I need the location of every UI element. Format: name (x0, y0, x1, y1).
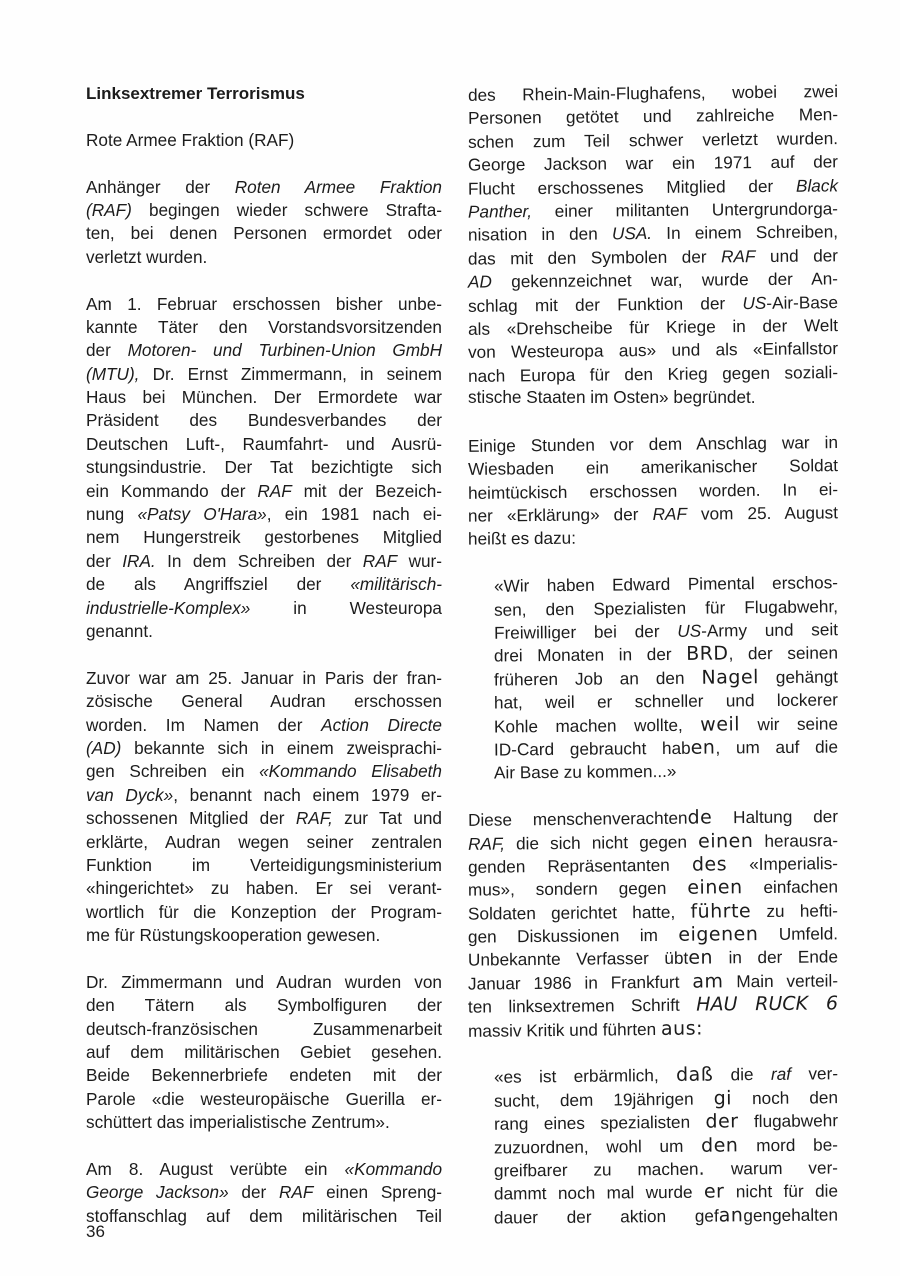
text-line: (MTU), Dr. Ernst Zimmermann, in seinem (86, 363, 442, 386)
italic-term: Action Directe (321, 715, 442, 735)
italic-term: industrielle-Komplex» (86, 598, 250, 618)
collage-letters: weil (700, 713, 740, 735)
text-line: Januar 1986 in Frankfurt am Main verteil… (468, 969, 838, 996)
text-line: dammt noch mal wurde er nicht für die (494, 1180, 838, 1206)
text-line: deutsch-französischen Zusammenarbeit (86, 1018, 442, 1041)
italic-term: RAF, (296, 808, 333, 828)
text-line: «es ist erbärmlich, daß die raf ver- (494, 1063, 838, 1090)
collage-letters: an (719, 1204, 744, 1226)
text-line: genannt. (86, 620, 442, 643)
collage-letters: einen (698, 829, 753, 852)
italic-term: «Patsy O'Hara» (137, 504, 266, 524)
collage-letters: der (705, 1110, 738, 1132)
paragraph: Anhänger der Roten Armee Fraktion(RAF) b… (86, 176, 442, 270)
paragraph: Dr. Zimmermann und Audran wurden vonden … (86, 971, 442, 1135)
italic-term: (MTU), (86, 364, 139, 384)
text-line: George Jackson war ein 1971 auf der (468, 151, 838, 178)
block-quote: «Wir haben Edward Pimental erschos-sen, … (468, 573, 838, 784)
text-line: das mit den Symbolen der RAF und der (468, 244, 838, 271)
italic-term: Black (796, 175, 838, 195)
text-line: de als Angriffsziel der «militärisch- (86, 573, 442, 596)
section-subheading: Rote Armee Fraktion (RAF) (86, 129, 442, 152)
text-line: kannte Täter den Vorstandsvorsitzenden (86, 316, 442, 339)
text-line: der Motoren- und Turbinen-Union GmbH (86, 339, 442, 362)
italic-term: AD (468, 272, 492, 292)
text-line: drei Monaten in der BRD, der seinen (494, 642, 838, 668)
text-line: stoffanschlag auf dem militärischen Teil (86, 1205, 442, 1228)
collage-letters: de (687, 806, 712, 828)
text-line: Am 8. August verübte ein «Kommando (86, 1158, 442, 1181)
text-line: Deutschen Luft-, Raumfahrt- und Ausrü- (86, 433, 442, 456)
text-line: Soldaten gerichtet hatte, führte zu heft… (468, 899, 838, 926)
text-line: Anhänger der Roten Armee Fraktion (86, 176, 442, 199)
text-line: Air Base zu kommen...» (494, 759, 838, 785)
text-line: ein Kommando der RAF mit der Bezeich- (86, 480, 442, 503)
collage-letters: en (691, 737, 716, 759)
text-line: Präsident des Bundesverbandes der (86, 409, 442, 432)
italic-term: George Jackson» (86, 1182, 229, 1202)
italic-term: US (742, 292, 766, 312)
text-line: Wiesbaden ein amerikanischer Soldat (468, 454, 838, 481)
text-line: zuzuordnen, wohl um den mord be- (494, 1133, 838, 1159)
text-line: früheren Job an den Nagel gehängt (494, 665, 838, 691)
italic-term: USA. (612, 223, 652, 243)
collage-letters: den (701, 1134, 738, 1156)
collage-letters: einen (687, 877, 742, 899)
collage-letters: Nagel (701, 666, 759, 689)
text-line: Zuvor war am 25. Januar in Paris der fra… (86, 667, 442, 690)
right-paragraphs: des Rhein-Main-Flughafens, wobei zweiPer… (468, 82, 838, 1228)
text-line: Diese menschenverachtende Haltung der (468, 805, 838, 832)
publication-title: HAU RUCK 6 (696, 993, 838, 1016)
text-line: worden. Im Namen der Action Directe (86, 714, 442, 737)
text-line: schossenen Mitglied der RAF, zur Tat und (86, 807, 442, 830)
text-line: me für Rüstungskooperation gewesen. (86, 924, 442, 947)
text-line: Funktion im Verteidigungsministerium (86, 854, 442, 877)
italic-term: IRA. (122, 551, 155, 571)
italic-term: RAF (279, 1182, 313, 1202)
paragraph: Einige Stunden vor dem Anschlag war inWi… (468, 433, 838, 550)
text-line: der IRA. In dem Schreiben der RAF wur- (86, 550, 442, 573)
text-line: industrielle-Komplex» in Westeuropa (86, 597, 442, 620)
paragraph: Zuvor war am 25. Januar in Paris der fra… (86, 667, 442, 948)
text-line: Haus bei München. Der Ermordete war (86, 386, 442, 409)
italic-term: (RAF) (86, 200, 132, 220)
text-line: rang eines spezialisten der flugabwehr (494, 1109, 838, 1136)
text-line: van Dyck», benannt nach einem 1979 er- (86, 784, 442, 807)
collage-letters: am (692, 970, 723, 992)
text-line: zösische General Audran erschossen (86, 690, 442, 713)
left-column: Linksextremer Terrorismus Rote Armee Fra… (86, 82, 442, 1228)
text-line: hat, weil er schneller und lockerer (494, 689, 838, 715)
collage-letters: aus: (661, 1017, 703, 1039)
text-line: nach Europa für den Krieg gegen soziali- (468, 361, 838, 388)
text-line: «hingerichtet» zu haben. Er sei verant- (86, 877, 442, 900)
text-line: ID-Card gebraucht haben, um auf die (494, 735, 838, 761)
text-line: ten, bei denen Personen ermordet oder (86, 222, 442, 245)
text-line: Beide Bekennerbriefe endeten mit der (86, 1064, 442, 1087)
text-line: George Jackson» der RAF einen Spreng- (86, 1181, 442, 1204)
text-line: stungsindustrie. Der Tat bezichtigte sic… (86, 456, 442, 479)
text-line: dauer der aktion gefangengehalten (494, 1203, 838, 1229)
text-line: Kohle machen wollte, weil wir seine (494, 712, 838, 738)
text-line: Dr. Zimmermann und Audran wurden von (86, 971, 442, 994)
italic-term: RAF (721, 246, 756, 266)
collage-letters: führte (690, 900, 751, 923)
text-line: (AD) bekannte sich in einem zweisprachi- (86, 737, 442, 760)
text-line: Unbekannte Verfasser übten in der Ende (468, 946, 838, 973)
collage-letters: er (704, 1181, 725, 1203)
text-line: verletzt wurden. (86, 246, 442, 269)
italic-term: RAF (363, 551, 397, 571)
paragraph: Am 1. Februar erschossen bisher unbe-kan… (86, 293, 442, 644)
collage-letters: BRD (686, 643, 729, 665)
italic-term: US (677, 621, 701, 641)
italic-term: raf (771, 1064, 791, 1084)
text-line: schüttert das imperialistische Zentrum». (86, 1111, 442, 1134)
italic-term: RAF (652, 504, 687, 524)
collage-letters: des (692, 853, 727, 875)
text-line: Flucht erschossenes Mitglied der Black (468, 174, 838, 201)
italic-term: Panther, (468, 201, 532, 222)
italic-term: Motoren- und Turbinen-Union GmbH (128, 340, 442, 360)
text-line: gen Schreiben ein «Kommando Elisabeth (86, 760, 442, 783)
italic-term: RAF, (468, 833, 505, 853)
collage-letters: en (688, 947, 713, 969)
text-line: nung «Patsy O'Hara», ein 1981 nach ei- (86, 503, 442, 526)
italic-term: «militärisch- (350, 574, 442, 594)
text-line: stische Staaten im Osten» begründet. (468, 386, 838, 409)
document-page: Linksextremer Terrorismus Rote Armee Fra… (0, 0, 900, 1276)
paragraph: Am 8. August verübte ein «KommandoGeorge… (86, 1158, 442, 1228)
collage-letters: gi (714, 1087, 733, 1109)
text-line: auf dem militärischen Gebiet gesehen. (86, 1041, 442, 1064)
section-heading: Linksextremer Terrorismus (86, 82, 442, 105)
text-line: erklärte, Audran wegen seiner zentralen (86, 831, 442, 854)
collage-letters: daß (676, 1064, 713, 1086)
text-line: nem Hungerstreik gestorbenes Mitglied (86, 526, 442, 549)
text-line: (RAF) begingen wieder schwere Strafta- (86, 199, 442, 222)
paragraph: Diese menschenverachtende Haltung derRAF… (468, 807, 838, 1041)
italic-term: «Kommando (345, 1159, 442, 1179)
text-line: ten linksextremen Schrift HAU RUCK 6 (468, 993, 838, 1020)
text-line: wortlich für die Konzeption der Program- (86, 901, 442, 924)
italic-term: van Dyck» (86, 785, 173, 805)
text-line: von Westeuropa aus» und als «Einfallstor (468, 337, 838, 364)
text-line: Personen getötet und zahlreiche Men- (468, 103, 838, 130)
left-paragraphs: Anhänger der Roten Armee Fraktion(RAF) b… (86, 176, 442, 1229)
paragraph: des Rhein-Main-Flughafens, wobei zweiPer… (468, 82, 838, 409)
text-line: heißt es dazu: (468, 525, 838, 552)
text-line: Parole «die westeuropäische Guerilla er- (86, 1088, 442, 1111)
italic-term: (AD) (86, 738, 121, 758)
italic-term: «Kommando Elisabeth (259, 761, 442, 781)
page-number: 36 (86, 1222, 105, 1242)
block-quote: «es ist erbärmlich, daß die raf ver-such… (468, 1064, 838, 1228)
text-line: nisation in den USA. In einem Schreiben, (468, 221, 838, 248)
text-line: greifbarer zu machen. warum ver- (494, 1156, 838, 1182)
text-line: «Wir haben Edward Pimental erschos- (494, 571, 838, 598)
right-column: des Rhein-Main-Flughafens, wobei zweiPer… (468, 82, 838, 1228)
text-line: Am 1. Februar erschossen bisher unbe- (86, 293, 442, 316)
text-line: den Tätern als Symbolfiguren der (86, 994, 442, 1017)
italic-term: RAF (257, 481, 291, 501)
italic-term: Roten Armee Fraktion (235, 177, 442, 197)
collage-letters: eigenen (678, 923, 758, 946)
text-line: mus», sondern gegen einen einfachen (468, 876, 838, 903)
text-line: AD gekennzeichnet war, wurde der An- (468, 268, 838, 295)
text-line: massiv Kritik und führten aus: (468, 1016, 838, 1043)
